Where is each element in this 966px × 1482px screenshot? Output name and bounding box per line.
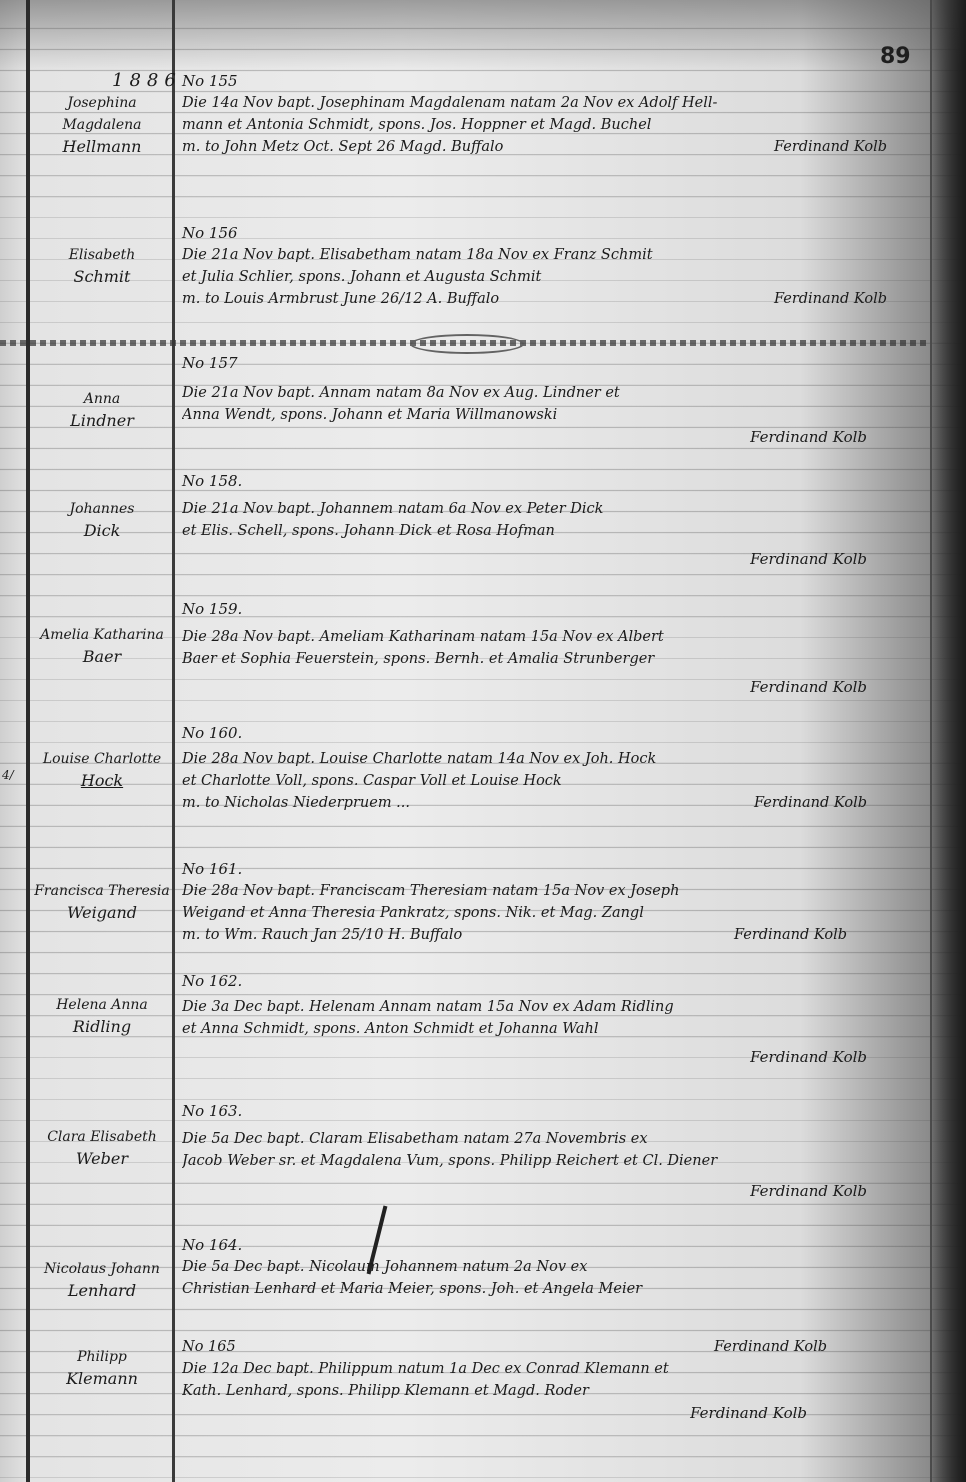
child-name: Helena Anna Ridling	[34, 994, 170, 1038]
surname: Lindner	[34, 410, 170, 432]
entry-text: No 156 Die 21a Nov bapt. Elisabetham nat…	[182, 222, 927, 310]
entry-line: mann et Antonia Schmidt, spons. Jos. Hop…	[182, 114, 927, 136]
surname: Dick	[34, 520, 170, 542]
surname: Klemann	[34, 1368, 170, 1390]
entry-line: Die 28a Nov bapt. Franciscam Theresiam n…	[182, 880, 927, 902]
entry-line: Die 28a Nov bapt. Ameliam Katharinam nat…	[182, 626, 927, 648]
entry-text: No 164. Die 5a Dec bapt. Nicolaum Johann…	[182, 1234, 927, 1300]
child-name: Philipp Klemann	[34, 1346, 170, 1390]
child-name: Louise Charlotte Hock	[34, 748, 170, 792]
given-name: Elisabeth	[34, 244, 170, 266]
priest-signature: Ferdinand Kolb	[714, 1336, 827, 1358]
given-name: Clara Elisabeth	[34, 1126, 170, 1148]
priest-signature: Ferdinand Kolb	[734, 924, 847, 946]
child-name: Nicolaus Johann Lenhard	[34, 1258, 170, 1302]
surname: Hock	[34, 770, 170, 792]
child-name: Johannes Dick	[34, 498, 170, 542]
entry-line: Die 3a Dec bapt. Helenam Annam natam 15a…	[182, 996, 927, 1018]
entry-line: m. to Wm. Rauch Jan 25/10 H. BuffaloFerd…	[182, 924, 927, 946]
surname: Schmit	[34, 266, 170, 288]
entry-text: No 162. Die 3a Dec bapt. Helenam Annam n…	[182, 970, 927, 1068]
entry-line: et Julia Schlier, spons. Johann et Augus…	[182, 266, 927, 288]
register-page: 89 1886 Josephina Magdalena Hellmann No …	[0, 0, 966, 1482]
ink-blot	[410, 334, 524, 354]
priest-signature: Ferdinand Kolb	[182, 1046, 927, 1068]
marriage-note: m. to John Metz Oct. Sept 26 Magd. Buffa…	[182, 136, 503, 158]
given-name: Josephina Magdalena	[34, 92, 170, 136]
entry-text: No 159. Die 28a Nov bapt. Ameliam Kathar…	[182, 598, 927, 698]
entry-line: Die 5a Dec bapt. Nicolaum Johannem natum…	[182, 1256, 927, 1278]
entry-line: Die 28a Nov bapt. Louise Charlotte natam…	[182, 748, 927, 770]
given-name: Nicolaus Johann	[34, 1258, 170, 1280]
margin-mark: 4/	[2, 768, 14, 782]
entry-line: m. to Louis Armbrust June 26/12 A. Buffa…	[182, 288, 927, 310]
entry-line: Die 5a Dec bapt. Claram Elisabetham nata…	[182, 1128, 927, 1150]
priest-signature: Ferdinand Kolb	[754, 792, 867, 814]
entry-line: Weigand et Anna Theresia Pankratz, spons…	[182, 902, 927, 924]
scan-shadow	[0, 0, 966, 70]
child-name: Elisabeth Schmit	[34, 244, 170, 288]
entry-line: Die 21a Nov bapt. Elisabetham natam 18a …	[182, 244, 927, 266]
entry-line: m. to Nicholas Niederpruem ... Ferdinand…	[182, 792, 927, 814]
priest-signature: Ferdinand Kolb	[182, 676, 927, 698]
given-name: Francisca Theresia	[34, 880, 170, 902]
page-number: 89	[880, 44, 911, 69]
entry-line: et Charlotte Voll, spons. Caspar Voll et…	[182, 770, 927, 792]
entry-number: No 157	[182, 352, 927, 374]
entry-number: No 158.	[182, 470, 927, 492]
priest-signature: Ferdinand Kolb	[774, 288, 887, 310]
priest-signature: Ferdinand Kolb	[182, 426, 927, 448]
surname: Weber	[34, 1148, 170, 1170]
entry-number: No 165	[182, 1336, 236, 1358]
surname: Weigand	[34, 902, 170, 924]
entry-line: Die 21a Nov bapt. Johannem natam 6a Nov …	[182, 498, 927, 520]
entry-line: Die 14a Nov bapt. Josephinam Magdalenam …	[182, 92, 927, 114]
entry-line: Kath. Lenhard, spons. Philipp Klemann et…	[182, 1380, 927, 1402]
entry-line: Jacob Weber sr. et Magdalena Vum, spons.…	[182, 1150, 927, 1172]
entry-number: No 161.	[182, 858, 927, 880]
child-name: Francisca Theresia Weigand	[34, 880, 170, 924]
entry-text: No 157 Die 21a Nov bapt. Annam natam 8a …	[182, 352, 927, 448]
entry-text: No 155 Die 14a Nov bapt. Josephinam Magd…	[182, 70, 927, 158]
given-name: Helena Anna	[34, 994, 170, 1016]
entry-number: No 160.	[182, 722, 927, 744]
entry-line: Die 12a Dec bapt. Philippum natum 1a Dec…	[182, 1358, 927, 1380]
left-margin-rule	[26, 0, 30, 1482]
entry-line: Anna Wendt, spons. Johann et Maria Willm…	[182, 404, 927, 426]
priest-signature: Ferdinand Kolb	[182, 548, 927, 570]
entry-line: Baer et Sophia Feuerstein, spons. Bernh.…	[182, 648, 927, 670]
marriage-note: m. to Louis Armbrust June 26/12 A. Buffa…	[182, 288, 499, 310]
priest-signature: Ferdinand Kolb	[182, 1402, 927, 1424]
register-year: 1886	[112, 70, 182, 91]
entry-divider	[0, 340, 930, 346]
entry-number: No 155	[182, 70, 927, 92]
entry-text: No 161. Die 28a Nov bapt. Franciscam The…	[182, 858, 927, 946]
entry-text: No 165Ferdinand Kolb Die 12a Dec bapt. P…	[182, 1336, 927, 1424]
entry-text: No 158. Die 21a Nov bapt. Johannem natam…	[182, 470, 927, 570]
given-name: Philipp	[34, 1346, 170, 1368]
child-name: Anna Lindner	[34, 388, 170, 432]
entry-number: No 163.	[182, 1100, 927, 1122]
entry-line: m. to John Metz Oct. Sept 26 Magd. Buffa…	[182, 136, 927, 158]
surname: Lenhard	[34, 1280, 170, 1302]
child-name: Josephina Magdalena Hellmann	[34, 92, 170, 158]
entry-number: No 159.	[182, 598, 927, 620]
entry-line: No 165Ferdinand Kolb	[182, 1336, 927, 1358]
entry-number: No 164.	[182, 1234, 927, 1256]
priest-signature: Ferdinand Kolb	[182, 1180, 927, 1202]
given-name: Louise Charlotte	[34, 748, 170, 770]
name-column-rule	[172, 0, 175, 1482]
entry-text: No 160. Die 28a Nov bapt. Louise Charlot…	[182, 722, 927, 814]
priest-signature: Ferdinand Kolb	[774, 136, 887, 158]
given-name: Anna	[34, 388, 170, 410]
entry-number: No 156	[182, 222, 927, 244]
child-name: Amelia Katharina Baer	[34, 624, 170, 668]
entry-line: Die 21a Nov bapt. Annam natam 8a Nov ex …	[182, 382, 927, 404]
entry-line: Christian Lenhard et Maria Meier, spons.…	[182, 1278, 927, 1300]
binding-shadow	[930, 0, 966, 1482]
surname: Hellmann	[34, 136, 170, 158]
given-name: Amelia Katharina	[34, 624, 170, 646]
entry-line: et Anna Schmidt, spons. Anton Schmidt et…	[182, 1018, 927, 1040]
child-name: Clara Elisabeth Weber	[34, 1126, 170, 1170]
surname: Ridling	[34, 1016, 170, 1038]
entry-number: No 162.	[182, 970, 927, 992]
entry-line: et Elis. Schell, spons. Johann Dick et R…	[182, 520, 927, 542]
entry-text: No 163. Die 5a Dec bapt. Claram Elisabet…	[182, 1100, 927, 1202]
surname: Baer	[34, 646, 170, 668]
marriage-note: m. to Nicholas Niederpruem ...	[182, 792, 410, 814]
given-name: Johannes	[34, 498, 170, 520]
marriage-note: m. to Wm. Rauch Jan 25/10 H. Buffalo	[182, 924, 462, 946]
